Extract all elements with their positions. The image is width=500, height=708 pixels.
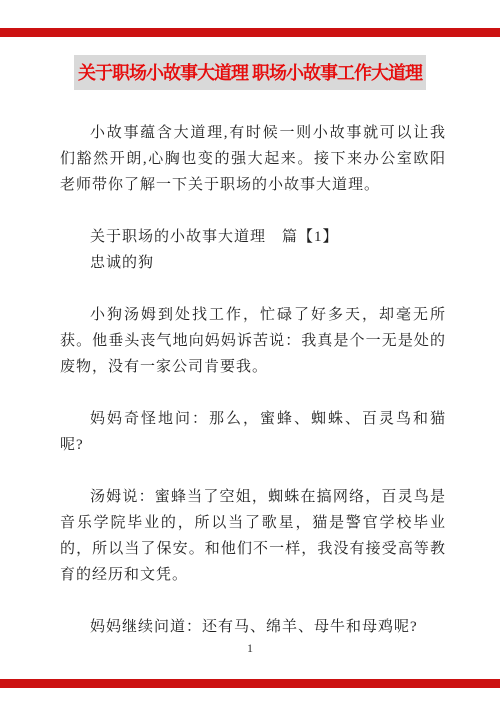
page-title: 关于职场小故事大道理 职场小故事工作大道理	[74, 55, 426, 90]
document-body: 小故事蕴含大道理,有时候一则小故事就可以让我们豁然开朗,心胸也变的强大起来。接下…	[60, 120, 446, 640]
document-header: 关于职场小故事大道理 职场小故事工作大道理	[0, 55, 500, 90]
page-number: 1	[0, 641, 500, 656]
document-page: 关于职场小故事大道理 职场小故事工作大道理 小故事蕴含大道理,有时候一则小故事就…	[0, 0, 500, 708]
paragraph: 汤姆说：蜜蜂当了空姐，蜘蛛在搞网络，百灵鸟是音乐学院毕业的，所以当了歌星，猫是警…	[60, 484, 446, 588]
bottom-divider-bar	[0, 679, 500, 688]
paragraph: 忠诚的狗	[60, 250, 446, 276]
paragraph: 小故事蕴含大道理,有时候一则小故事就可以让我们豁然开朗,心胸也变的强大起来。接下…	[60, 120, 446, 198]
paragraph: 妈妈继续问道：还有马、绵羊、母牛和母鸡呢?	[60, 614, 446, 640]
paragraph: 妈妈奇怪地问：那么，蜜蜂、蜘蛛、百灵鸟和猫呢?	[60, 406, 446, 458]
top-divider-bar	[0, 28, 500, 37]
paragraph: 关于职场的小故事大道理 篇【1】	[60, 224, 446, 250]
paragraph: 小狗汤姆到处找工作，忙碌了好多天，却毫无所获。他垂头丧气地向妈妈诉苦说：我真是个…	[60, 302, 446, 380]
